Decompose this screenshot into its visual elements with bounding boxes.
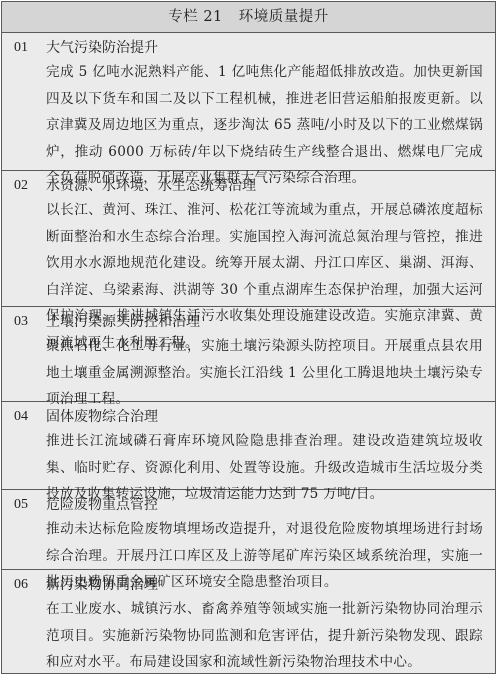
item-row-01: 01 大气污染防治提升 完成 5 亿吨水泥熟料产能、1 亿吨焦化产能超低排放改造… [2, 33, 495, 171]
box-header: 专栏 21环境质量提升 [2, 2, 495, 33]
item-title: 水资源、水环境、水生态统筹治理 [46, 171, 495, 197]
item-title: 固体废物综合治理 [46, 402, 495, 428]
item-number: 02 [14, 175, 28, 197]
item-number: 04 [14, 406, 28, 428]
item-title: 新污染物协同治理 [46, 570, 495, 596]
item-row-03: 03 土壤污染源头防控和治理 聚焦石化、化工等行业，实施土壤污染源头防控项目。开… [2, 307, 495, 402]
item-number: 03 [14, 311, 28, 333]
item-title: 土壤污染源头防控和治理 [46, 307, 495, 333]
item-row-02: 02 水资源、水环境、水生态统筹治理 以长江、黄河、珠江、淮河、松花江等流域为重… [2, 171, 495, 307]
item-title: 危险废物重点管控 [46, 490, 495, 516]
item-text: 在工业废水、城镇污水、畜禽养殖等领域实施一批新污染物协同治理示范项目。实施新污染… [46, 596, 483, 676]
item-row-04: 04 固体废物综合治理 推进长江流域磷石膏库环境风险隐患排查治理。建设改造建筑垃… [2, 402, 495, 490]
item-row-05: 05 危险废物重点管控 推动未达标危险废物填埋场改造提升，对退役危险废物填埋场进… [2, 490, 495, 570]
feature-box: 专栏 21环境质量提升 01 大气污染防治提升 完成 5 亿吨水泥熟料产能、1 … [1, 1, 496, 674]
column-label: 专栏 21 [168, 9, 223, 25]
box-title: 环境质量提升 [239, 9, 329, 25]
item-text: 聚焦石化、化工等行业，实施土壤污染源头防控项目。开展重点县农用地土壤重金属溯源整… [46, 333, 483, 413]
item-row-06: 06 新污染物协同治理 在工业废水、城镇污水、畜禽养殖等领域实施一批新污染物协同… [2, 570, 495, 674]
item-number: 06 [14, 574, 28, 596]
item-number: 05 [14, 494, 28, 516]
item-title: 大气污染防治提升 [46, 33, 495, 59]
item-number: 01 [14, 37, 28, 59]
